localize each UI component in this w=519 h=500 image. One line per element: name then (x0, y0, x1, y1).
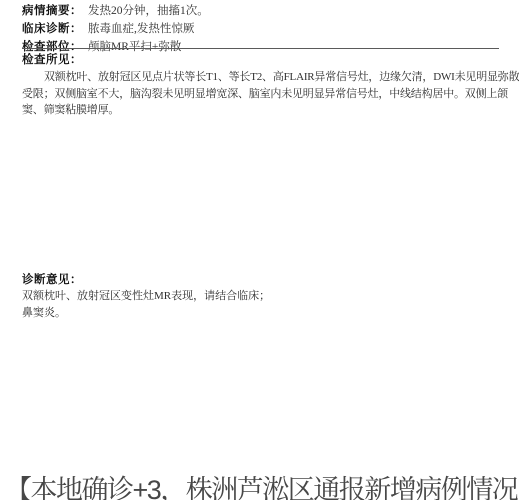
page: 病情摘要：发热20分钟，抽搐1次。 临床诊断：脓毒血症,发热性惊厥 检查部位：颅… (0, 0, 519, 500)
field-row-clinical-diagnosis: 临床诊断：脓毒血症,发热性惊厥 (22, 20, 502, 38)
clinical-diagnosis-value: 脓毒血症,发热性惊厥 (88, 23, 194, 35)
clinical-diagnosis-label: 临床诊断： (22, 23, 82, 35)
field-row-symptom-summary: 病情摘要：发热20分钟，抽搐1次。 (22, 2, 502, 20)
section-divider (22, 48, 499, 49)
symptom-summary-label: 病情摘要： (22, 5, 82, 17)
findings-heading: 检查所见： (22, 51, 82, 67)
findings-line: 双额枕叶、放射冠区见点片状等长T1、等长T2、高FLAIR异常信号灶，边缘欠清，… (22, 69, 519, 86)
impression-paragraph: 双额枕叶、放射冠区变性灶MR表现，请结合临床； 鼻窦炎。 (22, 288, 519, 321)
findings-paragraph: 双额枕叶、放射冠区见点片状等长T1、等长T2、高FLAIR异常信号灶，边缘欠清，… (22, 69, 519, 119)
news-headline[interactable]: 【本地确诊+3，株洲芦淞区通报新增病例情况 (5, 468, 519, 500)
impression-heading: 诊断意见： (22, 271, 82, 287)
exam-site-value: 颅脑MR平扫+弥散 (88, 41, 181, 53)
symptom-summary-value: 发热20分钟，抽搐1次。 (88, 5, 209, 17)
findings-line: 窦、筛窦粘膜增厚。 (22, 102, 519, 119)
field-row-exam-site: 检查部位：颅脑MR平扫+弥散 (22, 38, 502, 56)
impression-line: 双额枕叶、放射冠区变性灶MR表现，请结合临床； (22, 288, 519, 305)
impression-line: 鼻窦炎。 (22, 305, 519, 322)
findings-line: 受限；双侧脑室不大，脑沟裂未见明显增宽深、脑室内未见明显异常信号灶，中线结构居中… (22, 86, 519, 103)
